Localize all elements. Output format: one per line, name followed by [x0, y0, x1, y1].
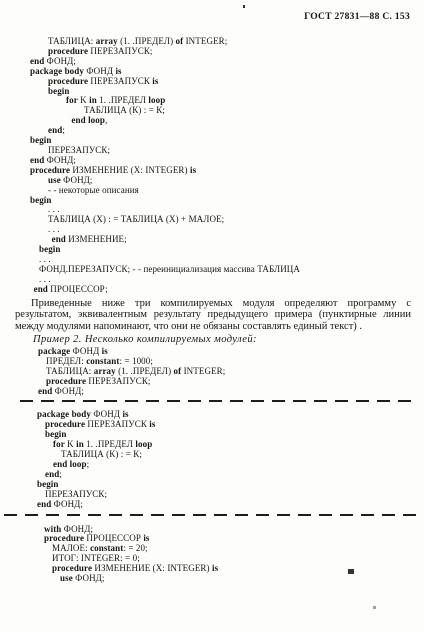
- scan-artifact-speck: [373, 606, 376, 609]
- code-block-package-spec: package ФОНД isПРЕДЕЛ: constant: = 1000;…: [38, 347, 424, 397]
- code-line: ТАБЛИЦА (К) : = К;: [37, 450, 424, 460]
- scan-artifact-mark: [348, 569, 354, 574]
- code-line: end ПРОЦЕССОР;: [30, 285, 424, 295]
- code-line: end ИЗМЕНЕНИЕ;: [30, 235, 424, 245]
- code-line: end loop;: [37, 460, 424, 470]
- example-heading: Пример 2. Несколько компилируемых модуле…: [33, 334, 411, 346]
- code-block-continuation-fragment: ТАБЛИЦА: array (1. .ПРЕДЕЛ) of INTEGER;p…: [30, 37, 424, 295]
- body-paragraph: Приведенные ниже три компилируемых модул…: [15, 298, 411, 333]
- code-line: end ФОНД;: [37, 500, 424, 510]
- page-header-document-number: ГОСТ 27831—88 С. 153: [0, 12, 424, 22]
- module-separator-dashed-line-2: [4, 514, 424, 516]
- code-line: ПЕРЕЗАПУСК;: [30, 146, 424, 156]
- code-line: procedure ПЕРЕЗАПУСК;: [30, 47, 424, 57]
- code-line: end ФОНД;: [38, 387, 424, 397]
- code-line: begin: [30, 245, 424, 255]
- document-page: ГОСТ 27831—88 С. 153 ТАБЛИЦА: array (1. …: [0, 0, 424, 632]
- code-line: begin: [30, 196, 424, 206]
- code-line: end;: [37, 470, 424, 480]
- code-line: ФОНД.ПЕРЕЗАПУСК; - - переинициализация м…: [30, 265, 424, 275]
- code-line: procedure ПЕРЕЗАПУСК;: [38, 377, 424, 387]
- scan-artifact-dot: [243, 5, 245, 8]
- code-block-processor-procedure: with ФОНД;procedure ПРОЦЕССОР isМАЛОЕ: c…: [44, 525, 424, 584]
- code-line: ТАБЛИЦА (X) : = ТАБЛИЦА (X) + МАЛОЕ;: [30, 215, 424, 225]
- code-block-package-body: package body ФОНД isprocedure ПЕРЕЗАПУСК…: [37, 410, 424, 509]
- code-line: procedure ПЕРЕЗАПУСК is: [30, 77, 424, 87]
- code-line: use ФОНД;: [44, 574, 424, 584]
- code-line: end loop,: [30, 116, 424, 126]
- code-line: ПЕРЕЗАПУСК;: [37, 490, 424, 500]
- module-separator-dashed-line-1: [20, 400, 412, 402]
- code-line: - - некоторые описания: [30, 186, 424, 196]
- code-line: procedure ПЕРЕЗАПУСК is: [37, 420, 424, 430]
- code-line: end;: [30, 126, 424, 136]
